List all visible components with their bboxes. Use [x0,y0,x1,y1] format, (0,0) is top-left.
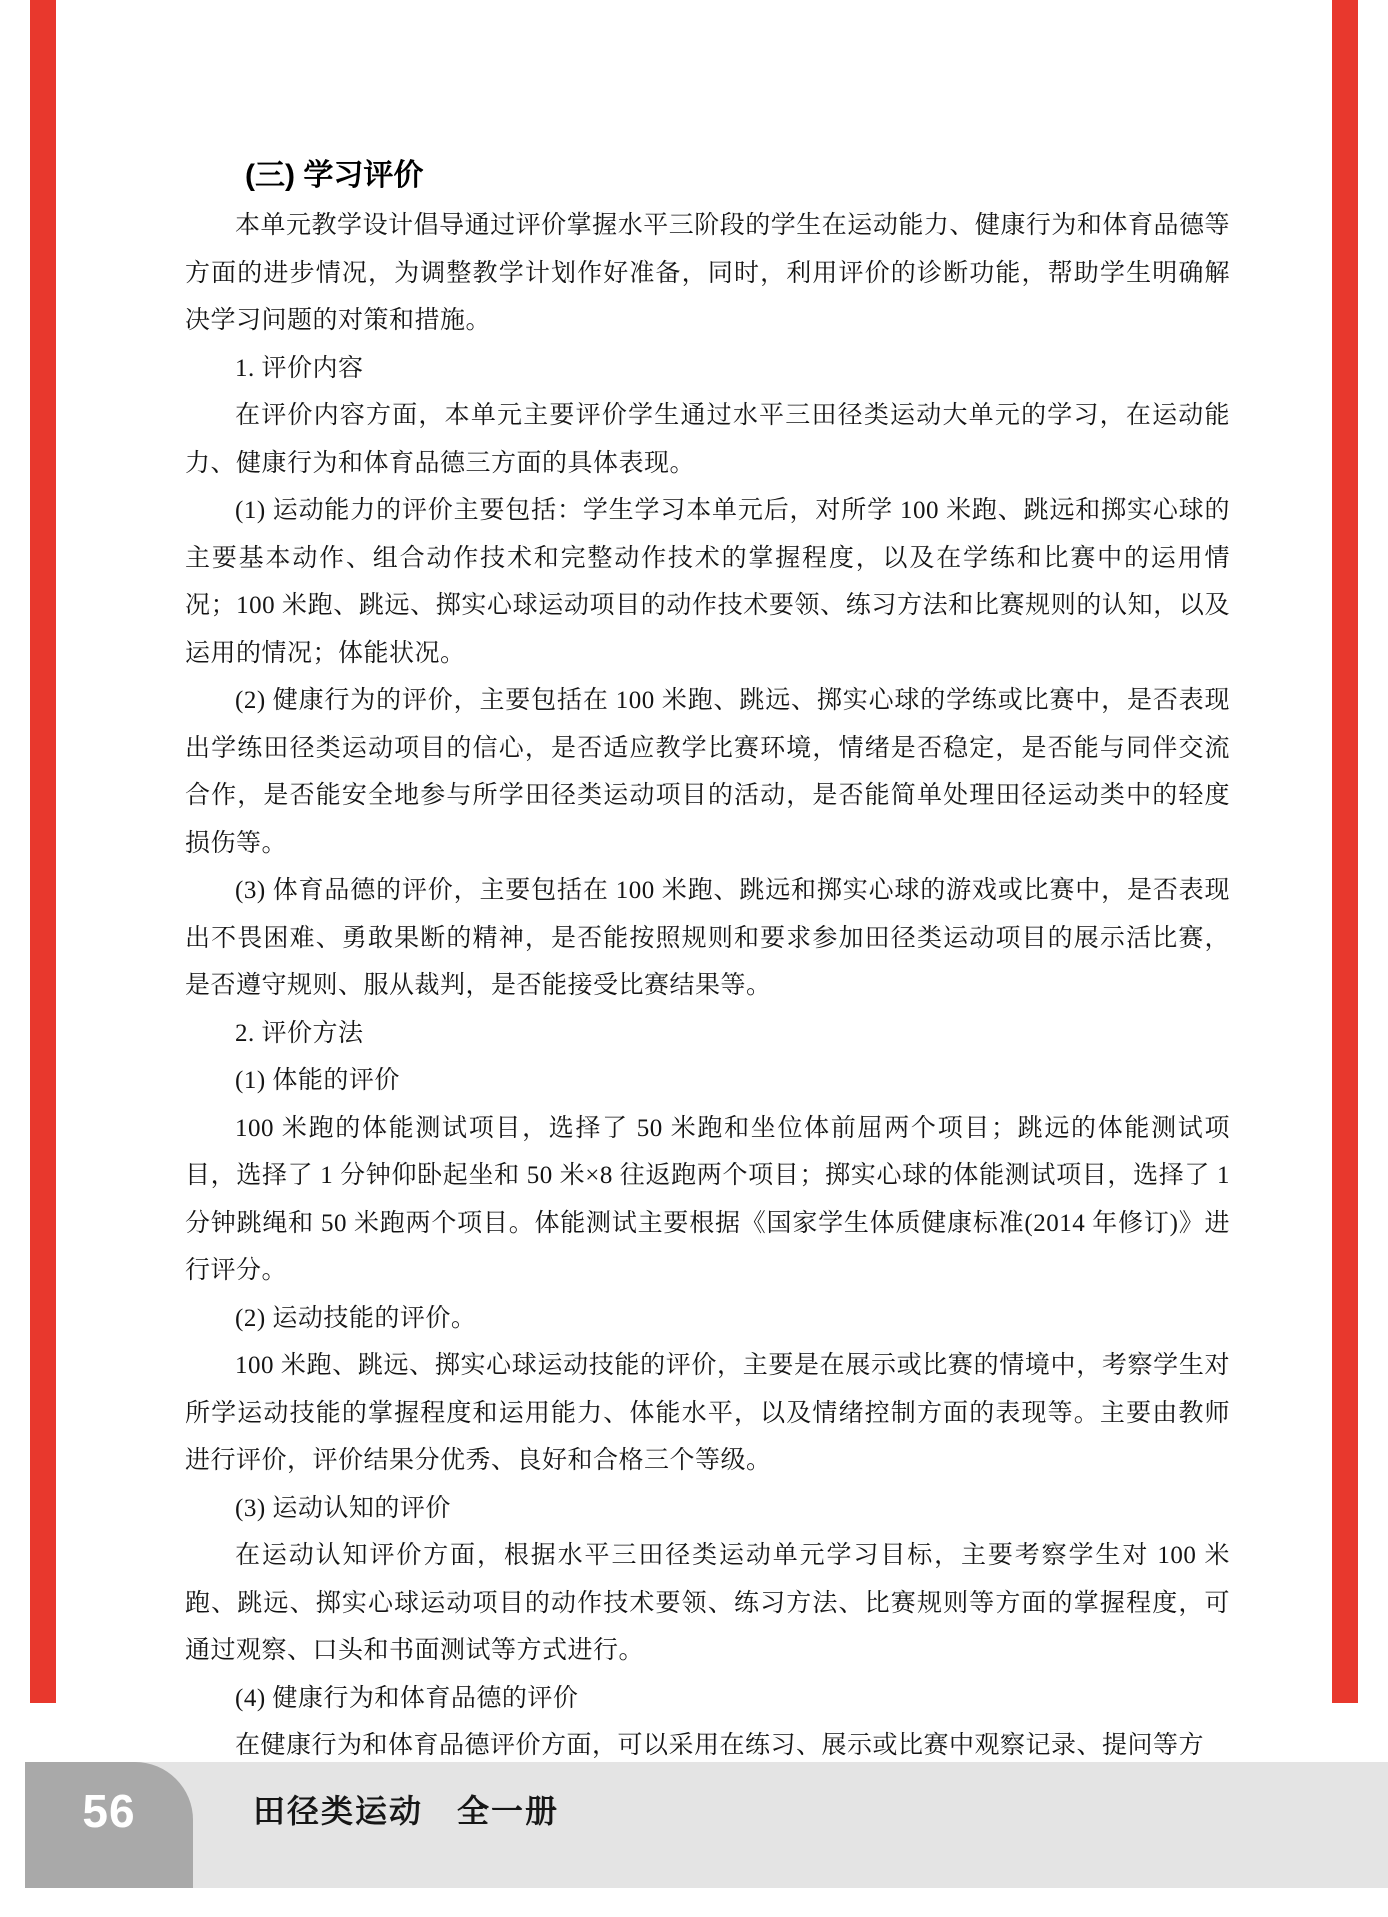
page-edge-red-bar-left [30,0,56,1703]
paragraph: (2) 健康行为的评价，主要包括在 100 米跑、跳远、掷实心球的学练或比赛中，… [185,677,1230,867]
page-number-tab: 56 [25,1762,193,1888]
page-number: 56 [82,1784,135,1838]
paragraph: 1. 评价内容 [185,345,1230,393]
paragraph: 在运动认知评价方面，根据水平三田径类运动单元学习目标，主要考察学生对 100 米… [185,1532,1230,1675]
paragraph: (4) 健康行为和体育品德的评价 [185,1675,1230,1723]
paragraph: 2. 评价方法 [185,1010,1230,1058]
paragraph: (1) 运动能力的评价主要包括：学生学习本单元后，对所学 100 米跑、跳远和掷… [185,487,1230,677]
paragraph: 本单元教学设计倡导通过评价掌握水平三阶段的学生在运动能力、健康行为和体育品德等方… [185,202,1230,345]
paragraph: 在评价内容方面，本单元主要评价学生通过水平三田径类运动大单元的学习，在运动能力、… [185,392,1230,487]
paragraph: (3) 体育品德的评价，主要包括在 100 米跑、跳远和掷实心球的游戏或比赛中，… [185,867,1230,1010]
page-edge-red-bar-right [1332,0,1358,1703]
page-content: (三) 学习评价本单元教学设计倡导通过评价掌握水平三阶段的学生在运动能力、健康行… [185,150,1230,1770]
footer-bar [25,1762,1388,1888]
section-heading: (三) 学习评价 [185,150,1230,202]
paragraph: (2) 运动技能的评价。 [185,1295,1230,1343]
book-title: 田径类运动 全一册 [253,1786,559,1832]
paragraph: (3) 运动认知的评价 [185,1485,1230,1533]
paragraph: (1) 体能的评价 [185,1057,1230,1105]
paragraph: 100 米跑的体能测试项目，选择了 50 米跑和坐位体前屈两个项目；跳远的体能测… [185,1105,1230,1295]
book-page: (三) 学习评价本单元教学设计倡导通过评价掌握水平三阶段的学生在运动能力、健康行… [0,0,1388,1917]
paragraph: 100 米跑、跳远、掷实心球运动技能的评价，主要是在展示或比赛的情境中，考察学生… [185,1342,1230,1485]
